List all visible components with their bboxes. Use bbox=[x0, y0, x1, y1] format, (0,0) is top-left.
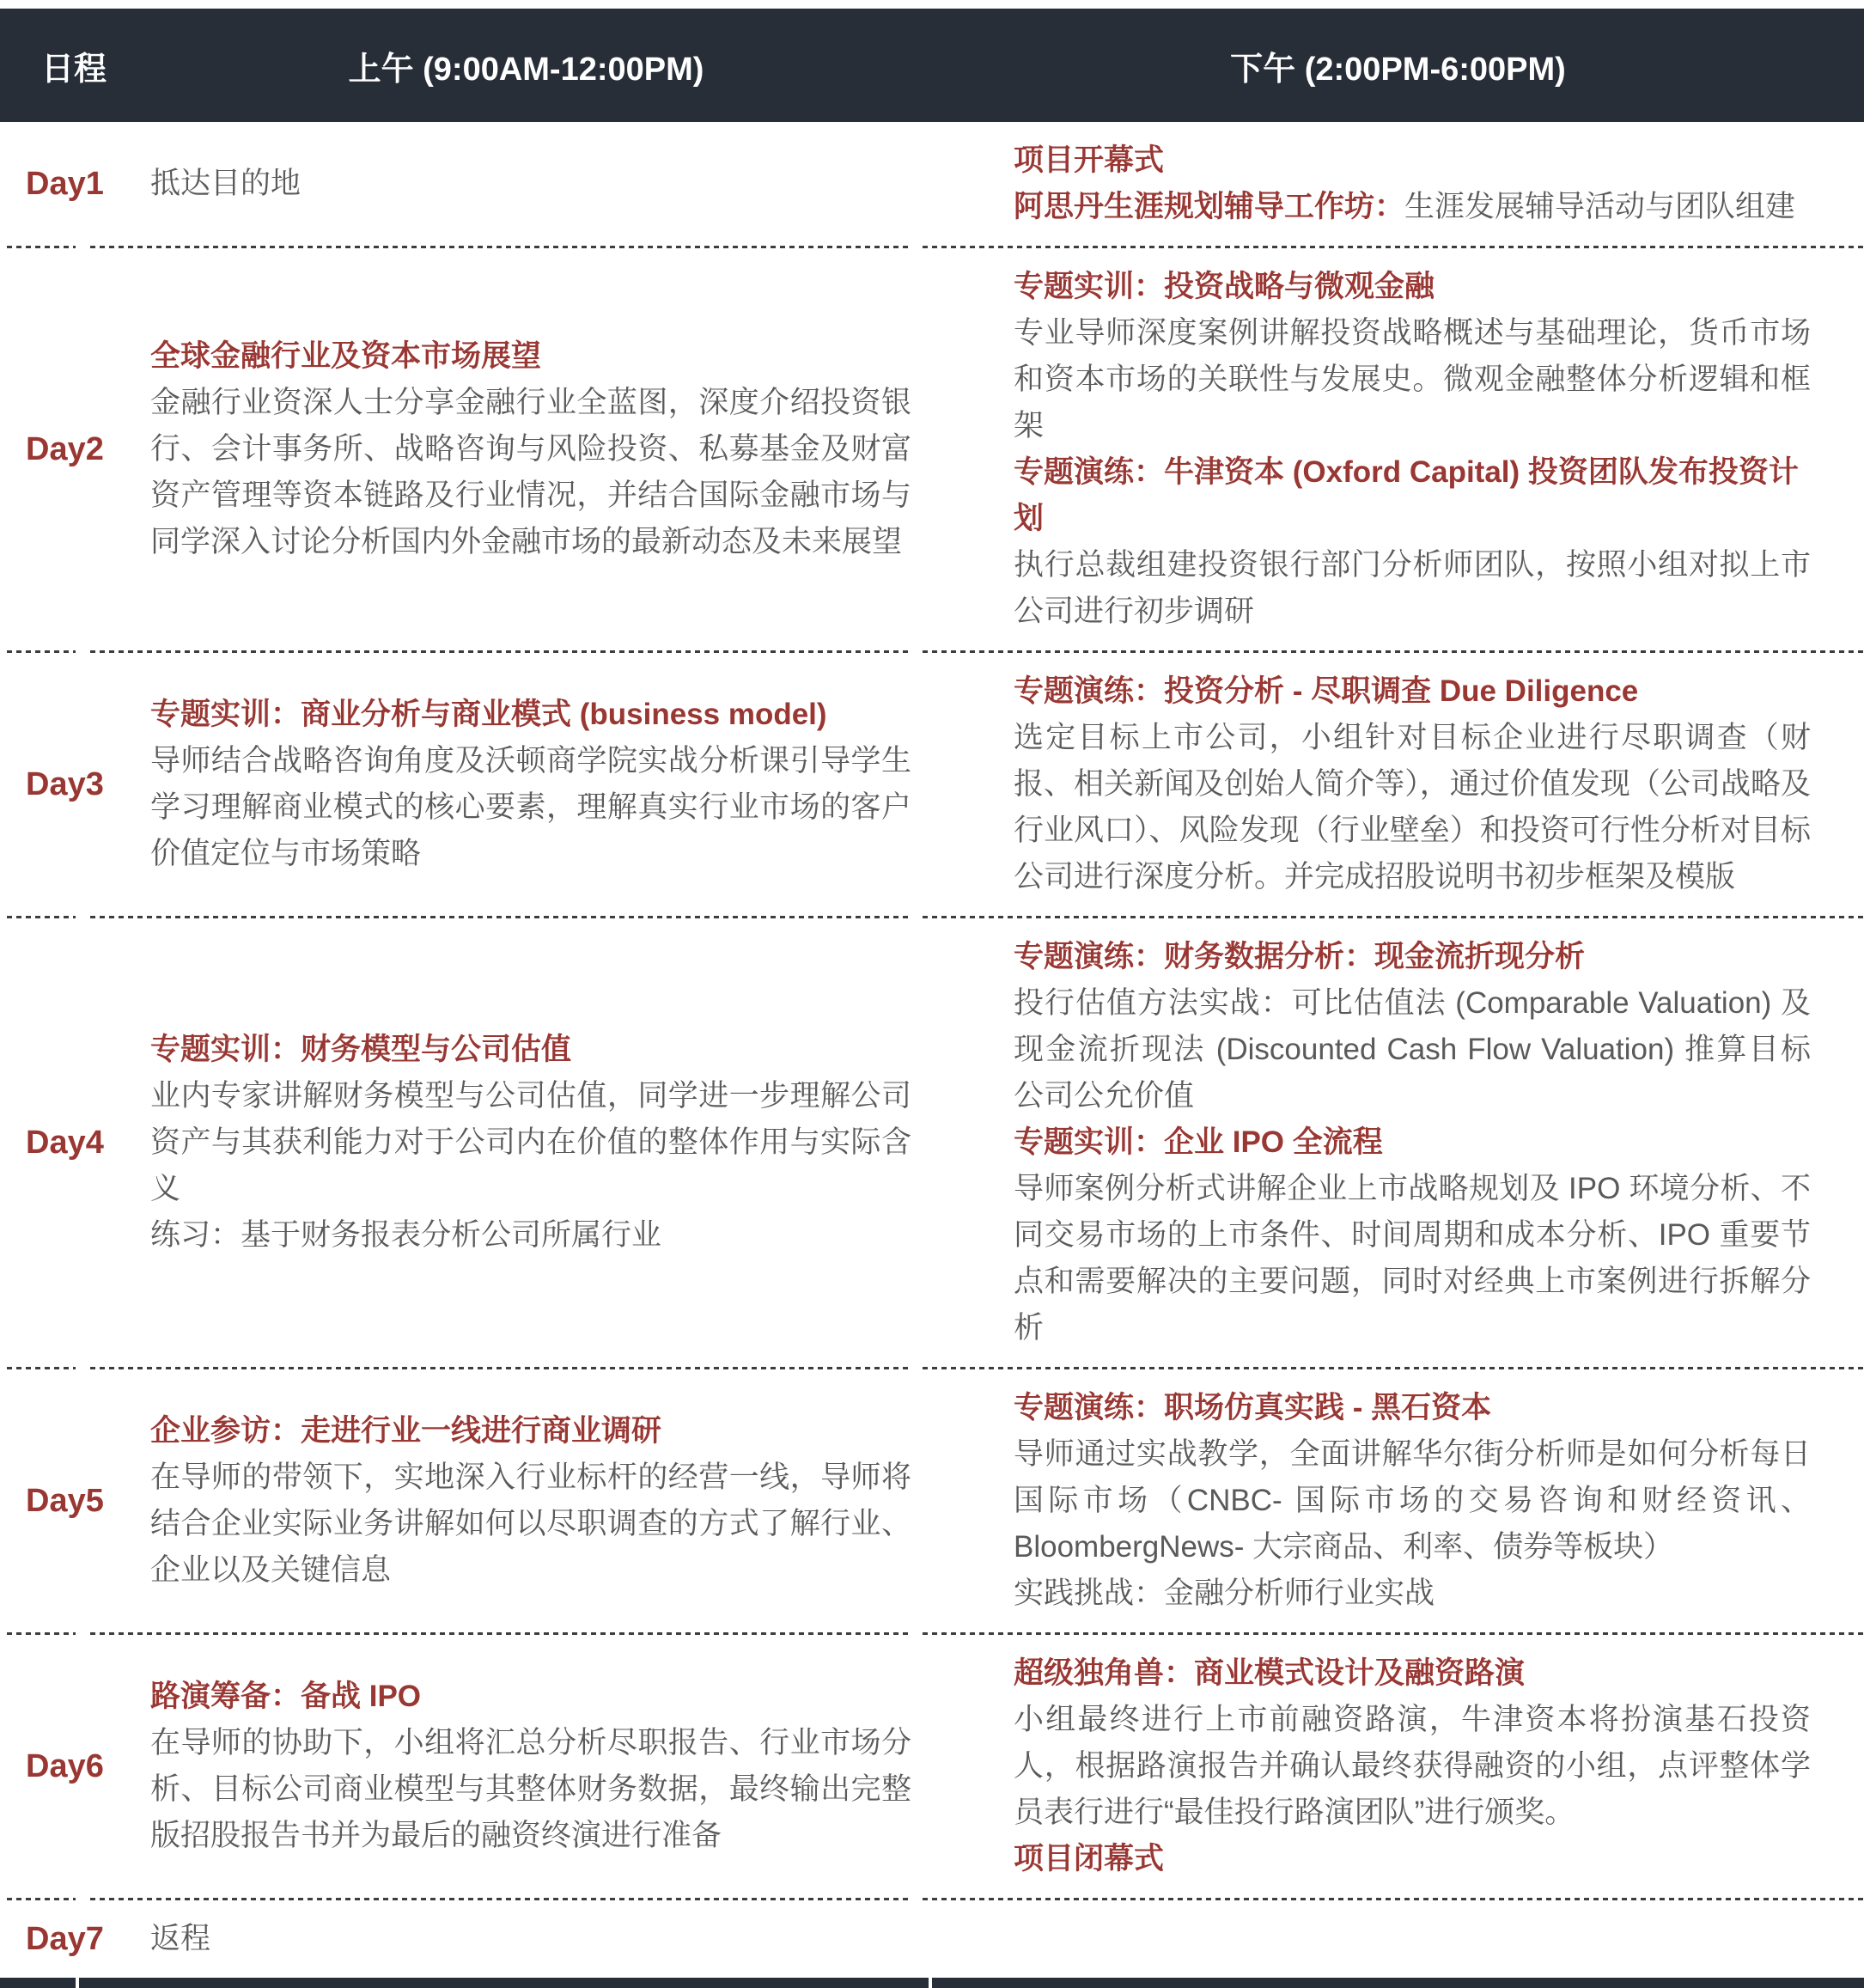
session-title-prefix: 阿思丹生涯规划辅导工作坊： bbox=[1014, 190, 1404, 223]
session-description: 导师案例分析式讲解企业上市战略规划及 IPO 环境分析、不同交易市场的上市条件、… bbox=[1014, 1166, 1811, 1351]
session-description: 实践挑战：金融分析师行业实战 bbox=[1014, 1570, 1811, 1617]
day-label: Day3 bbox=[0, 766, 120, 803]
schedule-body: Day1抵达目的地项目开幕式阿思丹生涯规划辅导工作坊：生涯发展辅导活动与团队组建… bbox=[0, 122, 1864, 1978]
separator-dash-segment bbox=[923, 1367, 1864, 1369]
session-description: 在导师的协助下，小组将汇总分析尽职报告、行业市场分析、目标公司商业模型与其整体财… bbox=[150, 1720, 911, 1859]
session-description: 生涯发展辅导活动与团队组建 bbox=[1404, 190, 1795, 223]
day-label: Day7 bbox=[0, 1921, 120, 1958]
session-description: 在导师的带领下，实地深入行业标杆的经营一线，导师将结合企业实际业务讲解如何以尽职… bbox=[150, 1454, 911, 1594]
morning-cell: 专题实训：商业分析与商业模式 (business model)导师结合战略咨询角… bbox=[120, 692, 932, 877]
separator-dash-segment bbox=[7, 1632, 76, 1635]
separator-dash-segment bbox=[90, 1367, 908, 1369]
separator-dash-segment bbox=[7, 246, 76, 248]
session-line: 阿思丹生涯规划辅导工作坊：生涯发展辅导活动与团队组建 bbox=[1014, 184, 1811, 230]
separator-dash-segment bbox=[90, 916, 908, 918]
separator-dash-segment bbox=[7, 916, 76, 918]
schedule-row-day4: Day4专题实训：财务模型与公司估值业内专家讲解财务模型与公司估值，同学进一步理… bbox=[0, 918, 1864, 1367]
separator-dash-segment bbox=[7, 650, 76, 653]
row-separator bbox=[0, 916, 1864, 918]
header-day-column: 日程 bbox=[0, 42, 120, 89]
border-segment bbox=[0, 1978, 76, 1988]
session-description: 练习：基于财务报表分析公司所属行业 bbox=[150, 1212, 911, 1259]
separator-dash-segment bbox=[7, 1898, 76, 1900]
separator-dash-segment bbox=[90, 1898, 908, 1900]
row-separator bbox=[0, 1898, 1864, 1900]
morning-cell: 抵达目的地 bbox=[120, 161, 932, 207]
separator-dash-segment bbox=[923, 1632, 1864, 1635]
morning-cell: 路演筹备：备战 IPO在导师的协助下，小组将汇总分析尽职报告、行业市场分析、目标… bbox=[120, 1674, 932, 1859]
separator-dash-segment bbox=[90, 1632, 908, 1635]
program-schedule-table: 日程 上午 (9:00AM-12:00PM) 下午 (2:00PM-6:00PM… bbox=[0, 0, 1864, 1988]
afternoon-cell: 项目开幕式阿思丹生涯规划辅导工作坊：生涯发展辅导活动与团队组建 bbox=[932, 137, 1864, 230]
session-description: 抵达目的地 bbox=[150, 161, 911, 207]
session-title: 全球金融行业及资本市场展望 bbox=[150, 333, 911, 380]
session-description: 小组最终进行上市前融资路演，牛津资本将扮演基石投资人，根据路演报告并确认最终获得… bbox=[1014, 1697, 1811, 1836]
separator-dash-segment bbox=[923, 246, 1864, 248]
schedule-row-day1: Day1抵达目的地项目开幕式阿思丹生涯规划辅导工作坊：生涯发展辅导活动与团队组建 bbox=[0, 122, 1864, 246]
separator-dash-segment bbox=[923, 1898, 1864, 1900]
session-title: 专题实训：商业分析与商业模式 (business model) bbox=[150, 692, 911, 738]
afternoon-cell: 专题演练：投资分析 - 尽职调查 Due Diligence选定目标上市公司，小… bbox=[932, 668, 1864, 900]
session-title: 专题演练：职场仿真实践 - 黑石资本 bbox=[1014, 1385, 1811, 1431]
morning-cell: 全球金融行业及资本市场展望金融行业资深人士分享金融行业全蓝图，深度介绍投资银行、… bbox=[120, 333, 932, 565]
row-separator bbox=[0, 246, 1864, 248]
session-title: 专题实训：财务模型与公司估值 bbox=[150, 1027, 911, 1073]
separator-dash-segment bbox=[923, 650, 1864, 653]
border-segment bbox=[932, 1978, 1864, 1988]
session-description: 金融行业资深人士分享金融行业全蓝图，深度介绍投资银行、会计事务所、战略咨询与风险… bbox=[150, 380, 911, 565]
separator-dash-segment bbox=[90, 650, 908, 653]
day-label: Day4 bbox=[0, 1125, 120, 1162]
session-description: 投行估值方法实战：可比估值法 (Comparable Valuation) 及现… bbox=[1014, 980, 1811, 1119]
day-label: Day5 bbox=[0, 1483, 120, 1520]
session-description: 专业导师深度案例讲解投资战略概述与基础理论，货币市场和资本市场的关联性与发展史。… bbox=[1014, 310, 1811, 449]
session-title: 超级独角兽：商业模式设计及融资路演 bbox=[1014, 1650, 1811, 1697]
session-title: 专题演练：投资分析 - 尽职调查 Due Diligence bbox=[1014, 668, 1811, 715]
session-description: 选定目标上市公司，小组针对目标企业进行尽职调查（财报、相关新闻及创始人简介等），… bbox=[1014, 715, 1811, 900]
session-title: 企业参访：走进行业一线进行商业调研 bbox=[150, 1408, 911, 1454]
session-title: 路演筹备：备战 IPO bbox=[150, 1674, 911, 1720]
schedule-row-day3: Day3专题实训：商业分析与商业模式 (business model)导师结合战… bbox=[0, 653, 1864, 916]
schedule-row-day6: Day6路演筹备：备战 IPO在导师的协助下，小组将汇总分析尽职报告、行业市场分… bbox=[0, 1635, 1864, 1898]
session-title: 专题实训：投资战略与微观金融 bbox=[1014, 264, 1811, 310]
morning-cell: 企业参访：走进行业一线进行商业调研在导师的带领下，实地深入行业标杆的经营一线，导… bbox=[120, 1408, 932, 1594]
session-description: 返程 bbox=[150, 1916, 911, 1962]
separator-dash-segment bbox=[923, 916, 1864, 918]
morning-cell: 返程 bbox=[120, 1916, 932, 1962]
table-header: 日程 上午 (9:00AM-12:00PM) 下午 (2:00PM-6:00PM… bbox=[0, 9, 1864, 122]
schedule-row-day2: Day2全球金融行业及资本市场展望金融行业资深人士分享金融行业全蓝图，深度介绍投… bbox=[0, 248, 1864, 650]
afternoon-cell: 专题演练：职场仿真实践 - 黑石资本导师通过实战教学，全面讲解华尔街分析师是如何… bbox=[932, 1385, 1864, 1617]
separator-dash-segment bbox=[90, 246, 908, 248]
day-label: Day2 bbox=[0, 431, 120, 468]
border-segment bbox=[79, 1978, 929, 1988]
session-description: 执行总裁组建投资银行部门分析师团队，按照小组对拟上市公司进行初步调研 bbox=[1014, 542, 1811, 635]
header-morning-column: 上午 (9:00AM-12:00PM) bbox=[120, 42, 932, 89]
afternoon-cell: 超级独角兽：商业模式设计及融资路演小组最终进行上市前融资路演，牛津资本将扮演基石… bbox=[932, 1650, 1864, 1882]
day-label: Day6 bbox=[0, 1748, 120, 1785]
morning-cell: 专题实训：财务模型与公司估值业内专家讲解财务模型与公司估值，同学进一步理解公司资… bbox=[120, 1027, 932, 1259]
afternoon-cell: 专题演练：财务数据分析：现金流折现分析投行估值方法实战：可比估值法 (Compa… bbox=[932, 934, 1864, 1351]
session-title: 专题演练：牛津资本 (Oxford Capital) 投资团队发布投资计划 bbox=[1014, 449, 1811, 542]
schedule-row-day7: Day7返程 bbox=[0, 1900, 1864, 1978]
table-bottom-border bbox=[0, 1978, 1864, 1988]
session-description: 导师通过实战教学，全面讲解华尔街分析师是如何分析每日国际市场（CNBC- 国际市… bbox=[1014, 1431, 1811, 1570]
row-separator bbox=[0, 1632, 1864, 1635]
session-title: 专题演练：财务数据分析：现金流折现分析 bbox=[1014, 934, 1811, 980]
schedule-row-day5: Day5企业参访：走进行业一线进行商业调研在导师的带领下，实地深入行业标杆的经营… bbox=[0, 1369, 1864, 1632]
session-description: 导师结合战略咨询角度及沃顿商学院实战分析课引导学生学习理解商业模式的核心要素，理… bbox=[150, 738, 911, 877]
session-title: 专题实训：企业 IPO 全流程 bbox=[1014, 1119, 1811, 1166]
session-title: 项目开幕式 bbox=[1014, 137, 1811, 184]
afternoon-cell: 专题实训：投资战略与微观金融专业导师深度案例讲解投资战略概述与基础理论，货币市场… bbox=[932, 264, 1864, 635]
header-afternoon-column: 下午 (2:00PM-6:00PM) bbox=[932, 42, 1864, 89]
separator-dash-segment bbox=[7, 1367, 76, 1369]
session-description: 业内专家讲解财务模型与公司估值，同学进一步理解公司资产与其获利能力对于公司内在价… bbox=[150, 1073, 911, 1212]
row-separator bbox=[0, 1367, 1864, 1369]
session-title: 项目闭幕式 bbox=[1014, 1836, 1811, 1882]
day-label: Day1 bbox=[0, 166, 120, 203]
row-separator bbox=[0, 650, 1864, 653]
